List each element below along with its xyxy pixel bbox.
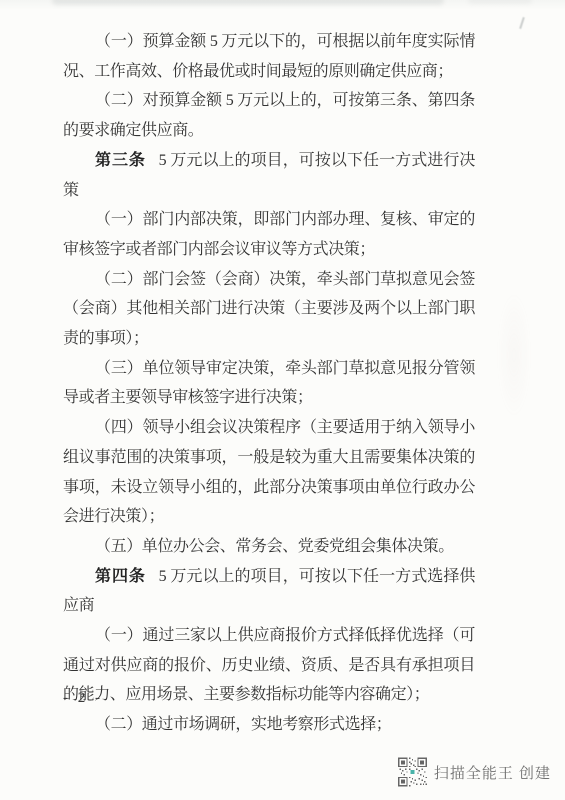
- document-body: （一）预算金额 5 万元以下的，可根据以前年度实际情况、工作高效、价格最优或时间…: [63, 27, 475, 740]
- paragraph: （三）单位领导审定决策，牵头部门草拟意见报分管领导或者主要领导审核签字进行决策；: [63, 354, 475, 413]
- paragraph: （二）对预算金额 5 万元以上的，可按第三条、第四条的要求确定供应商。: [63, 86, 475, 145]
- paragraph-text: （五）单位办公会、常务会、党委党组会集体决策。: [95, 538, 454, 555]
- paragraph: （四）领导小组会议决策程序（主要适用于纳入领导小组议事范围的决策事项，一般是较为…: [63, 413, 475, 532]
- scan-artifact-tick: [519, 17, 525, 29]
- paragraph: （二）部门会签（会商）决策，牵头部门草拟意见会签（会商）其他相关部门进行决策（主…: [63, 265, 475, 354]
- camscanner-watermark: 扫描全能王 创建: [398, 757, 551, 787]
- paragraph: 第三条5 万元以上的项目，可按以下任一方式进行决策: [63, 146, 475, 205]
- page-number: - 2 -: [63, 690, 103, 707]
- paragraph-text: （二）对预算金额 5 万元以上的，可按第三条、第四条的要求确定供应商。: [63, 92, 475, 139]
- scan-artifact-top-smudge-2: [468, 0, 532, 4]
- article-heading: 第三条: [95, 152, 146, 169]
- article-heading: 第四条: [95, 568, 146, 585]
- paragraph-text: （四）领导小组会议决策程序（主要适用于纳入领导小组议事范围的决策事项，一般是较为…: [63, 419, 475, 525]
- paragraph-text: （三）单位领导审定决策，牵头部门草拟意见报分管领导或者主要领导审核签字进行决策；: [63, 360, 475, 407]
- paragraph: 第四条5 万元以上的项目，可按以下任一方式选择供应商: [63, 562, 475, 621]
- paragraph-text: （一）部门内部决策，即部门内部办理、复核、审定的审核签字或者部门内部会议审议等方…: [63, 211, 475, 258]
- paragraph: （一）预算金额 5 万元以下的，可根据以前年度实际情况、工作高效、价格最优或时间…: [63, 27, 475, 86]
- scanned-page: （一）预算金额 5 万元以下的，可根据以前年度实际情况、工作高效、价格最优或时间…: [0, 0, 565, 800]
- paragraph: （五）单位办公会、常务会、党委党组会集体决策。: [63, 532, 475, 562]
- scan-artifact-bleed: [497, 290, 531, 420]
- paragraph: （一）通过三家以上供应商报价方式择低择优选择（可通过对供应商的报价、历史业绩、资…: [63, 621, 475, 710]
- paragraph: （二）通过市场调研，实地考察形式选择；: [63, 710, 475, 740]
- qr-code-icon: [398, 757, 427, 787]
- paragraph-text: （一）预算金额 5 万元以下的，可根据以前年度实际情况、工作高效、价格最优或时间…: [63, 33, 475, 80]
- watermark-label: 扫描全能王 创建: [434, 762, 551, 783]
- paragraph: （一）部门内部决策，即部门内部办理、复核、审定的审核签字或者部门内部会议审议等方…: [63, 205, 475, 264]
- paragraph-text: （二）部门会签（会商）决策，牵头部门草拟意见会签（会商）其他相关部门进行决策（主…: [63, 271, 475, 347]
- paragraph-text: （一）通过三家以上供应商报价方式择低择优选择（可通过对供应商的报价、历史业绩、资…: [63, 627, 475, 703]
- scan-artifact-top-smudge: [52, 0, 444, 5]
- paragraph-text: （二）通过市场调研，实地考察形式选择；: [95, 716, 391, 733]
